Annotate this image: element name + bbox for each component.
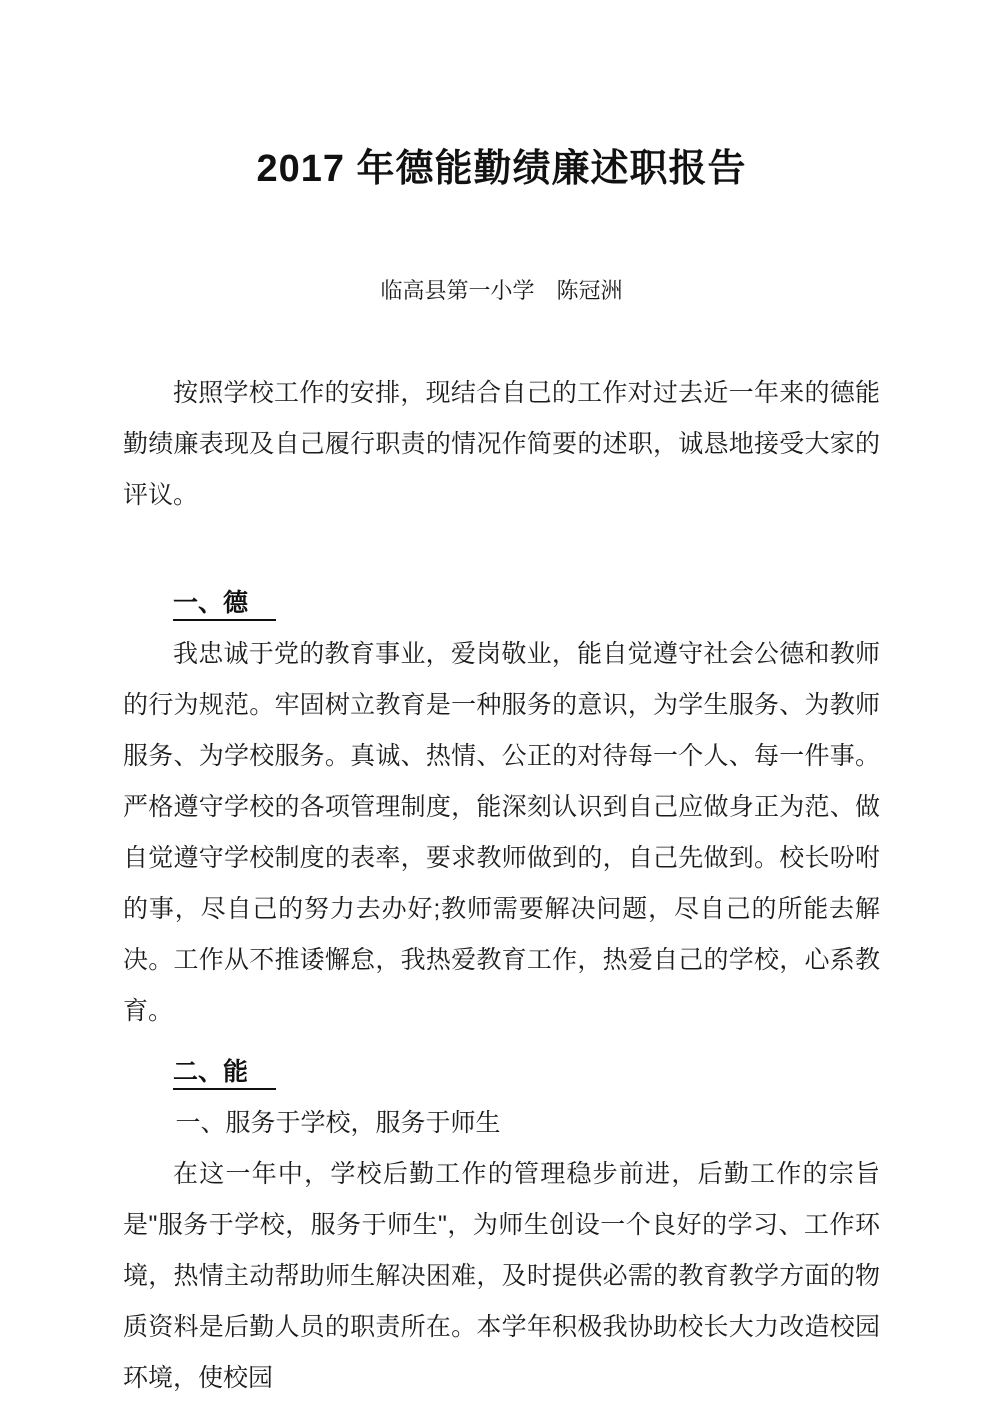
section-heading-de: 一、德 — [123, 578, 880, 629]
section-neng-paragraph: 在这一年中，学校后勤工作的管理稳步前进，后勤工作的宗旨是"服务于学校，服务于师生… — [123, 1149, 880, 1404]
section-neng-subheading: 一、服务于学校，服务于师生 — [123, 1098, 880, 1149]
section-de-paragraph: 我忠诚于党的教育事业，爱岗敬业，能自觉遵守社会公德和教师的行为规范。牢固树立教育… — [123, 629, 880, 1037]
document-content: 2017 年德能勤绩廉述职报告 临高县第一小学 陈冠洲 按照学校工作的安排，现结… — [0, 0, 1000, 1404]
intro-paragraph: 按照学校工作的安排，现结合自己的工作对过去近一年来的德能勤绩廉表现及自己履行职责… — [123, 368, 880, 521]
document-page: 2017 年德能勤绩廉述职报告 临高县第一小学 陈冠洲 按照学校工作的安排，现结… — [0, 0, 1000, 1415]
document-title: 2017 年德能勤绩廉述职报告 — [123, 0, 880, 194]
section-heading-de-text: 一、德 — [173, 587, 276, 621]
section-heading-neng: 二、能 — [123, 1047, 880, 1098]
section-heading-neng-text: 二、能 — [173, 1056, 276, 1090]
author-byline: 临高县第一小学 陈冠洲 — [123, 276, 880, 306]
